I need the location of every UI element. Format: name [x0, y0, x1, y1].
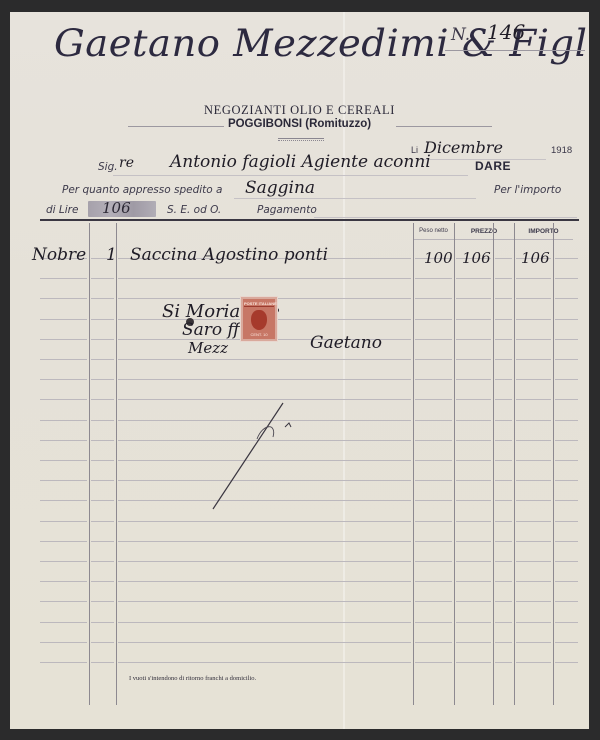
grid-row-rule [555, 359, 578, 360]
grid-row-rule [40, 359, 87, 360]
lire-label: di Lire [46, 204, 78, 216]
grid-row-rule [40, 662, 87, 663]
date-year: 1918 [551, 145, 572, 156]
grid-row-rule [118, 541, 411, 542]
shipping-destination: Saggina [245, 178, 315, 198]
grid-row-rule [495, 581, 512, 582]
grid-row-rule [555, 379, 578, 380]
grid-row-rule [40, 440, 87, 441]
grid-row-rule [555, 440, 578, 441]
grid-row-rule [555, 420, 578, 421]
grid-row-rule [118, 601, 411, 602]
grid-row-rule [118, 359, 411, 360]
row-description: Saccina Agostino ponti [130, 245, 328, 265]
stamp-crest-icon [251, 310, 267, 330]
grid-row-rule [40, 642, 87, 643]
grid-row-rule [495, 278, 512, 279]
grid-row-rule [91, 359, 114, 360]
grid-row-rule [516, 440, 551, 441]
grid-row-rule [495, 541, 512, 542]
grid-row-rule [118, 622, 411, 623]
recipient-prefix: re [119, 155, 134, 171]
grid-row-rule [415, 319, 452, 320]
grid-row-rule [495, 521, 512, 522]
grid-row-rule [91, 399, 114, 400]
grid-row-rule [495, 298, 512, 299]
grid-row-rule [516, 561, 551, 562]
grid-row-rule [516, 298, 551, 299]
grid-row-rule [40, 581, 87, 582]
grid-row-rule [415, 601, 452, 602]
grid-row-rule [415, 399, 452, 400]
grid-row-rule [495, 440, 512, 441]
grid-row-rule [40, 480, 87, 481]
grid-row-rule [91, 622, 114, 623]
grid-row-rule [555, 521, 578, 522]
recipient-line [113, 175, 468, 176]
grid-column-rule [493, 223, 494, 705]
grid-row-rule [91, 420, 114, 421]
revenue-stamp: POSTE ITALIANE CENT. 10 [241, 297, 277, 341]
company-tagline: NEGOZIANTI OLIO E CEREALI [10, 103, 589, 118]
grid-row-rule [456, 500, 491, 501]
grid-row-rule [456, 440, 491, 441]
stamp-top-text: POSTE ITALIANE [244, 300, 274, 307]
lire-amount: 106 [102, 199, 131, 217]
recipient-label: Sig. [98, 161, 118, 173]
grid-row-rule [516, 480, 551, 481]
grid-row-rule [91, 561, 114, 562]
grid-row-rule [40, 622, 87, 623]
grid-row-rule [555, 258, 578, 259]
grid-row-rule [456, 339, 491, 340]
grid-row-rule [118, 581, 411, 582]
grid-row-rule [516, 319, 551, 320]
grid-row-rule [456, 622, 491, 623]
grid-row-rule [456, 379, 491, 380]
grid-row-rule [40, 319, 87, 320]
grid-row-rule [415, 541, 452, 542]
grid-row-rule [40, 339, 87, 340]
grid-row-rule [555, 278, 578, 279]
grid-row-rule [40, 298, 87, 299]
grid-row-rule [516, 581, 551, 582]
grid-row-rule [456, 601, 491, 602]
header-importo: IMPORTO [514, 223, 573, 240]
sed-label: S. E. od O. [167, 204, 221, 216]
grid-row-rule [415, 662, 452, 663]
ornament-divider [278, 138, 324, 141]
grid-row-rule [415, 561, 452, 562]
grid-row-rule [91, 440, 114, 441]
invoice-number: 146 [487, 20, 525, 44]
grid-row-rule [516, 339, 551, 340]
grid-row-rule [516, 399, 551, 400]
grid-row-rule [40, 541, 87, 542]
grid-row-rule [91, 319, 114, 320]
grid-column-rule [116, 223, 117, 705]
grid-row-rule [118, 278, 411, 279]
receipt-signature-name: Gaetano [310, 333, 382, 353]
grid-row-rule [118, 379, 411, 380]
dare-label: DARE [475, 159, 511, 173]
stamp-bottom-text: CENT. 10 [244, 332, 274, 338]
grid-row-rule [555, 480, 578, 481]
grid-row-rule [456, 420, 491, 421]
payment-line [314, 217, 577, 218]
grid-row-rule [118, 642, 411, 643]
shipping-label: Per quanto appresso spedito a [62, 184, 222, 196]
grid-row-rule [91, 480, 114, 481]
grid-row-rule [495, 339, 512, 340]
grid-row-rule [415, 420, 452, 421]
grid-column-rule [514, 223, 515, 705]
grid-row-rule [516, 460, 551, 461]
grid-row-rule [40, 601, 87, 602]
grid-row-rule [555, 319, 578, 320]
grid-row-rule [456, 561, 491, 562]
grid-row-rule [118, 662, 411, 663]
grid-row-rule [495, 601, 512, 602]
grid-row-rule [415, 581, 452, 582]
grid-row-rule [40, 561, 87, 562]
grid-column-rule [413, 223, 414, 705]
grid-row-rule [555, 298, 578, 299]
grid-row-rule [516, 420, 551, 421]
row-weight: 100 [424, 249, 453, 267]
grid-row-rule [91, 339, 114, 340]
header-prezzo: PREZZO [454, 223, 514, 240]
grid-row-rule [516, 379, 551, 380]
grid-row-rule [516, 541, 551, 542]
grid-row-rule [555, 541, 578, 542]
grid-row-rule [516, 642, 551, 643]
grid-column-rule [454, 223, 455, 705]
grid-row-rule [456, 460, 491, 461]
row-price: 106 [462, 249, 491, 267]
grid-row-rule [415, 480, 452, 481]
grid-row-rule [40, 399, 87, 400]
recipient-name: Antonio fagioli Agiente aconni [170, 152, 431, 172]
grid-row-rule [40, 460, 87, 461]
grid-row-rule [415, 379, 452, 380]
header-peso-netto: Peso netto [413, 223, 454, 240]
grid-row-rule [495, 622, 512, 623]
grid-row-rule [40, 420, 87, 421]
grid-row-rule [40, 521, 87, 522]
grid-row-rule [516, 662, 551, 663]
divider-right [396, 126, 492, 127]
grid-row-rule [555, 662, 578, 663]
invoice-number-line [445, 50, 585, 51]
grid-row-rule [495, 662, 512, 663]
grid-row-rule [495, 561, 512, 562]
grid-row-rule [91, 521, 114, 522]
grid-row-rule [555, 601, 578, 602]
grid-row-rule [415, 460, 452, 461]
grid-row-rule [495, 319, 512, 320]
grid-row-rule [91, 581, 114, 582]
grid-row-rule [555, 399, 578, 400]
grid-row-rule [495, 258, 512, 259]
grid-row-rule [415, 622, 452, 623]
grid-row-rule [91, 541, 114, 542]
grid-row-rule [118, 561, 411, 562]
grid-row-rule [91, 662, 114, 663]
grid-row-rule [555, 622, 578, 623]
grid-row-rule [555, 460, 578, 461]
grid-row-rule [495, 399, 512, 400]
grid-row-rule [456, 399, 491, 400]
grid-row-rule [415, 339, 452, 340]
row-unit: Nobre [32, 245, 86, 265]
row-amount: 106 [521, 249, 550, 267]
grid-row-rule [495, 379, 512, 380]
grid-row-rule [495, 500, 512, 501]
grid-row-rule [91, 460, 114, 461]
grid-row-rule [495, 480, 512, 481]
grid-column-rule [89, 223, 90, 705]
grid-row-rule [118, 521, 411, 522]
grid-row-rule [456, 480, 491, 481]
invoice-number-label: N. [451, 25, 470, 45]
grid-row-rule [555, 500, 578, 501]
grid-row-rule [495, 420, 512, 421]
invoice-paper: Gaetano Mezzedimi & Figli NEGOZIANTI OLI… [10, 12, 589, 729]
date-month: Dicembre [424, 138, 503, 157]
row-qty: 1 [106, 245, 117, 265]
payment-label: Pagamento [257, 204, 317, 216]
grid-row-rule [495, 460, 512, 461]
grid-row-rule [516, 521, 551, 522]
grid-row-rule [456, 541, 491, 542]
grid-row-rule [456, 298, 491, 299]
grid-row-rule [516, 278, 551, 279]
grid-row-rule [91, 500, 114, 501]
grid-row-rule [415, 298, 452, 299]
grid-row-rule [91, 278, 114, 279]
grid-row-rule [415, 359, 452, 360]
grid-row-rule [516, 622, 551, 623]
receipt-line-2: Saro ff. [182, 320, 245, 340]
grid-row-rule [495, 359, 512, 360]
grid-row-rule [91, 298, 114, 299]
receipt-line-3: Mezz [188, 339, 228, 357]
grid-row-rule [456, 521, 491, 522]
grid-row-rule [516, 359, 551, 360]
grid-row-rule [415, 521, 452, 522]
grid-row-rule [555, 581, 578, 582]
grid-row-rule [91, 642, 114, 643]
grid-row-rule [555, 561, 578, 562]
grid-row-rule [40, 278, 87, 279]
grid-row-rule [456, 662, 491, 663]
grid-column-rule [553, 223, 554, 705]
grid-row-rule [516, 601, 551, 602]
grid-row-rule [516, 500, 551, 501]
grid-row-rule [415, 500, 452, 501]
cancel-stroke-mark [205, 397, 295, 512]
grid-row-rule [456, 642, 491, 643]
grid-row-rule [415, 440, 452, 441]
grid-row-rule [456, 278, 491, 279]
grid-row-rule [91, 379, 114, 380]
grid-row-rule [415, 642, 452, 643]
grid-row-rule [456, 581, 491, 582]
grid-row-rule [456, 359, 491, 360]
footer-note: I vuoti s'intendono di ritorno franchi a… [129, 675, 256, 682]
company-city: POGGIBONSI (Romituzzo) [10, 118, 589, 130]
grid-row-rule [555, 339, 578, 340]
grid-row-rule [40, 379, 87, 380]
grid-row-rule [456, 319, 491, 320]
grid-row-rule [415, 278, 452, 279]
grid-row-rule [495, 642, 512, 643]
importo-label: Per l'importo [494, 184, 561, 196]
grid-row-rule [40, 500, 87, 501]
grid-row-rule [555, 642, 578, 643]
table-top-rule [40, 219, 579, 221]
shipping-line [234, 198, 476, 199]
grid-row-rule [91, 601, 114, 602]
